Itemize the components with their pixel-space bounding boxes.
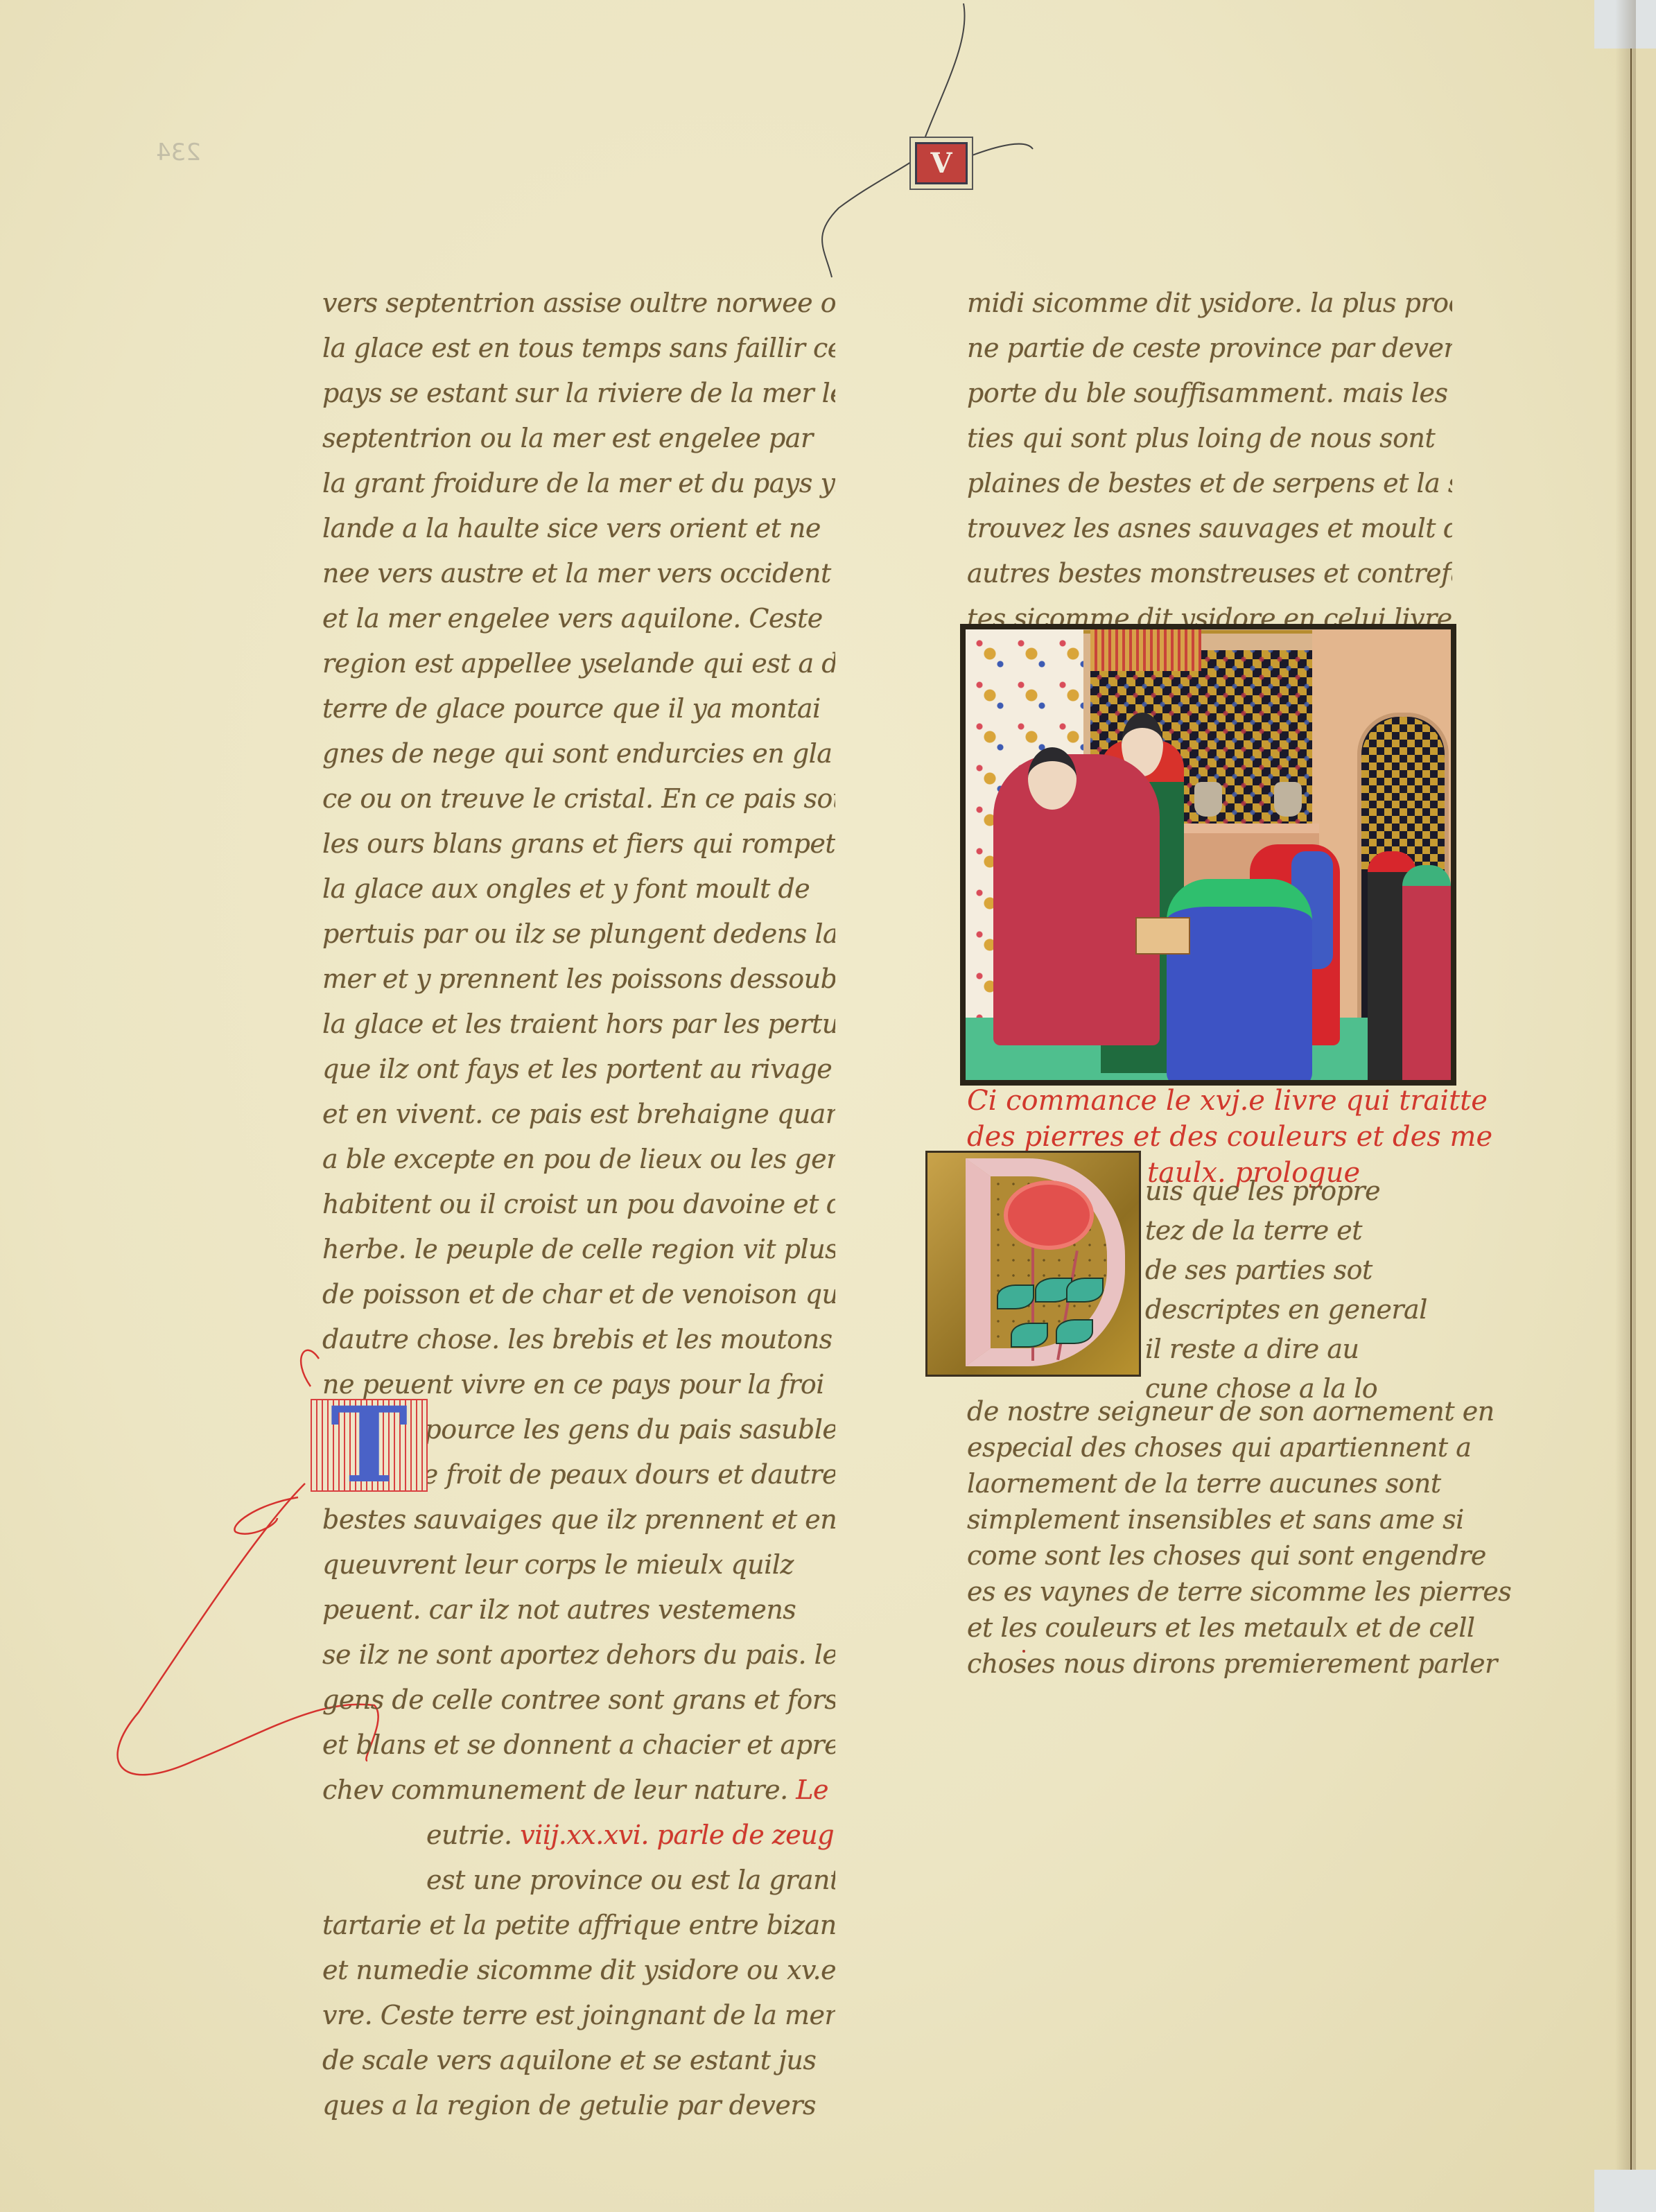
text-line: de nostre seigneur de son aornement en <box>967 1393 1452 1429</box>
rubric-line: Ci commance le xvj.e livre qui traitte <box>967 1083 1452 1119</box>
text-line: de ses parties sot <box>1145 1251 1457 1290</box>
leaf <box>1066 1278 1104 1303</box>
text-line: les ours blans grans et fiers qui rompet <box>322 821 835 866</box>
text-line: laornement de la terre aucunes sont <box>967 1465 1452 1501</box>
text-line: especial des choses qui apartiennent a <box>967 1429 1452 1465</box>
figure-head <box>1028 747 1077 810</box>
prologue-indented: uis que les propre tez de la terre et de… <box>1145 1172 1457 1409</box>
rose-icon <box>1004 1181 1094 1250</box>
text-line: ce ou on treuve le cristal. En ce pais s… <box>322 776 835 821</box>
initial-letter: T <box>312 1400 426 1490</box>
text-line: tez de la terre et <box>1145 1211 1457 1251</box>
text-line: eutrie. viij.xx.xvi. parle de zeugie <box>322 1813 835 1858</box>
figure-seated-scholar <box>993 754 1160 1045</box>
text-line: autres bestes monstreuses et contrefait <box>967 551 1452 596</box>
text-line: plaines de bestes et de serpens et la so… <box>967 461 1452 506</box>
rubric-line: des pierres et des couleurs et des me <box>967 1119 1452 1155</box>
background <box>1594 2170 1656 2212</box>
text-line: gens de celle contree sont grans et fors <box>322 1678 835 1723</box>
text-line: descriptes en general <box>1145 1290 1457 1330</box>
text-line: lande a la haulte sice vers orient et ne <box>322 506 835 551</box>
text-line: est une province ou est la grant <box>322 1858 835 1903</box>
left-column: vers septentrion assise oultre norwee ou… <box>322 281 835 2128</box>
text-line: la grant froidure de la mer et du pays y… <box>322 461 835 506</box>
text-line: chev communement de leur nature. Le <box>322 1768 835 1813</box>
text-line: ties qui sont plus loing de nous sont <box>967 416 1452 461</box>
text-line: habitent ou il croist un pou davoine et … <box>322 1182 835 1227</box>
text-line: la glace et les traient hors par les per… <box>322 1002 835 1047</box>
text-line: vers septentrion assise oultre norwee ou <box>322 281 835 326</box>
text-line: que ilz ont fays et les portent au rivag… <box>322 1047 835 1092</box>
text-line: et la mer engelee vers aquilone. Ceste <box>322 596 835 641</box>
chapter-heading: viij.xx.xvi. parle de zeugie <box>520 1820 835 1850</box>
text-line: terre de glace pource que il ya montai <box>322 686 835 731</box>
doorway-hanging <box>1361 717 1445 869</box>
text-line: region est appellee yselande qui est a d… <box>322 641 835 686</box>
rubric-inline: Le <box>796 1775 828 1805</box>
text-line: la glace aux ongles et y font moult de <box>322 866 835 912</box>
text-line: gnes de nege qui sont endurcies en gla <box>322 731 835 776</box>
text-line: come sont les choses qui sont engendre <box>967 1538 1452 1574</box>
leaf <box>997 1284 1034 1309</box>
text-line: la glace est en tous temps sans faillir … <box>322 326 835 371</box>
text-line: choses nous dirons premierement parler <box>967 1646 1452 1682</box>
text-line: queuvrent leur corps le mieulx quilz <box>322 1542 835 1587</box>
historiated-initial-d: D <box>925 1151 1141 1377</box>
text-line: septentrion ou la mer est engelee par <box>322 416 835 461</box>
text-line: pays se estant sur la riviere de la mer … <box>322 371 835 416</box>
canopy <box>1090 629 1201 671</box>
folio-number: 234 <box>156 139 201 166</box>
text-line: herbe. le peuple de celle region vit plu… <box>322 1227 835 1272</box>
text-line: et les couleurs et les metaulx et de cel… <box>967 1610 1452 1646</box>
text-line: uis que les propre <box>1145 1172 1457 1211</box>
text-line: se ilz ne sont aportez dehors du pais. l… <box>322 1632 835 1678</box>
text-span: eutrie. <box>426 1820 512 1850</box>
text-line: ques a la region de getulie par devers <box>322 2083 835 2128</box>
text-line: il reste a dire au <box>1145 1330 1457 1369</box>
text-line: nee vers austre et la mer vers occident <box>322 551 835 596</box>
text-line: midi sicomme dit ysidore. la plus procha… <box>967 281 1452 326</box>
text-line: porte du ble souffisamment. mais les par <box>967 371 1452 416</box>
text-line: simplement insensibles et sans ame si <box>967 1501 1452 1538</box>
text-line: ne partie de ceste province par devers n… <box>967 326 1452 371</box>
text-line: mer et y prennent les poissons dessoubz <box>322 957 835 1002</box>
text-line: tartarie et la petite affrique entre biz… <box>322 1903 835 1948</box>
decorated-initial-v: V <box>915 142 968 184</box>
text-line: de poisson et de char et de venoison que <box>322 1272 835 1317</box>
figure-doorway <box>1402 865 1451 1086</box>
text-line: de scale vers aquilone et se estant jus <box>322 2038 835 2083</box>
ink-dot <box>1022 1650 1025 1653</box>
miniature-illustration <box>960 624 1456 1086</box>
vase <box>1194 782 1222 817</box>
text-line: et blans et se donnent a chacier et apre… <box>322 1723 835 1768</box>
leaf <box>1011 1323 1048 1348</box>
prologue-full: de nostre seigneur de son aornement en e… <box>967 1393 1452 1682</box>
gutter-shadow <box>1615 0 1636 2212</box>
text-line: vre. Ceste terre est joingnant de la mer <box>322 1993 835 2038</box>
text-line: peuent. car ilz not autres vestemens <box>322 1587 835 1632</box>
decorated-initial-t: T <box>311 1399 428 1492</box>
text-line: et en vivent. ce pais est brehaigne quan… <box>322 1092 835 1137</box>
text-line: es es vaynes de terre sicomme les pierre… <box>967 1574 1452 1610</box>
text-line: pertuis par ou ilz se plungent dedens la <box>322 912 835 957</box>
text-span: chev communement de leur nature. <box>322 1775 788 1805</box>
figure-kneeling-blue <box>1167 879 1312 1086</box>
text-line: et numedie sicomme dit ysidore ou xv.e l… <box>322 1948 835 1993</box>
text-line: trouvez les asnes sauvages et moult de <box>967 506 1452 551</box>
vase <box>1274 782 1302 817</box>
text-line: a ble excepte en pou de lieux ou les gen… <box>322 1137 835 1182</box>
box-of-gems <box>1135 917 1190 955</box>
text-line: dautre chose. les brebis et les moutons <box>322 1317 835 1362</box>
leaf <box>1056 1319 1093 1344</box>
